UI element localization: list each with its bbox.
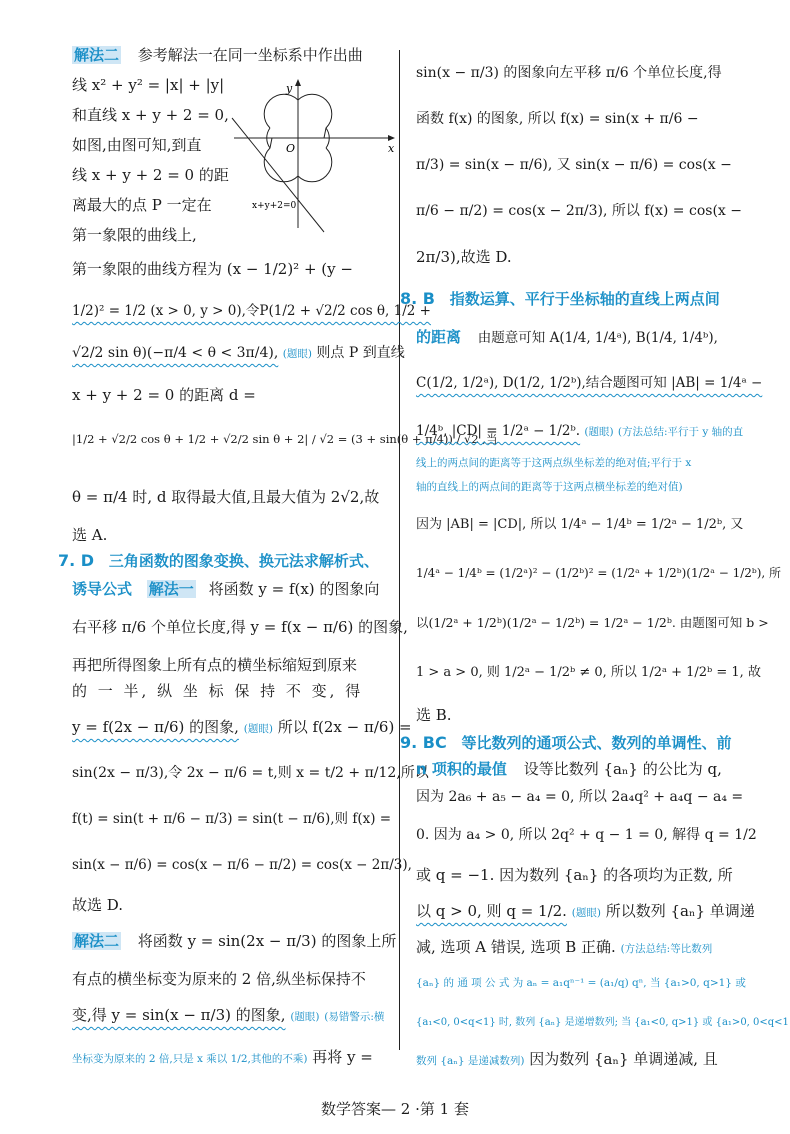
text-line: sin(x − π/6) = cos(x − π/6 − π/2) = cos(… [72,854,412,876]
text-line: 的 一 半, 纵 坐 标 保 持 不 变, 得 [72,680,363,702]
text-line: 线 x² + y² = |x| + |y| [72,74,224,96]
method-note: 线上的两点间的距离等于这两点纵坐标差的绝对值;平行于 x [416,452,691,474]
text-line: 右平移 π/6 个单位长度,得 y = f(x − π/6) 的图象, [72,616,408,638]
text-line: 1/4ᵇ, |CD| = 1/2ᵃ − 1/2ᵇ. (题眼) (方法总结:平行于… [416,420,743,443]
question-9-header: 9. BC 等比数列的通项公式、数列的单调性、前 [400,732,732,754]
text-line: 选 B. [416,704,452,726]
text-line: 0. 因为 a₄ > 0, 所以 2q² + q − 1 = 0, 解得 q =… [416,824,757,846]
text-line: √2/2 sin θ)(−π/4 < θ < 3π/4), (题眼) 则点 P … [72,342,405,365]
text-line: 以 q > 0, 则 q = 1/2. (题眼) 所以数列 {aₙ} 单调递 [416,900,755,924]
text-line: 减, 选项 A 错误, 选项 B 正确. (方法总结:等比数列 [416,936,712,960]
text-line: 如图,由图可知,到直 [72,134,202,156]
text-line: sin(2x − π/3),令 2x − π/6 = t,则 x = t/2 +… [72,762,429,784]
text-line: 2π/3),故选 D. [416,246,512,268]
text-line: 因为 2a₆ + a₅ − a₄ = 0, 所以 2a₄q² + a₄q − a… [416,786,743,808]
text-line: sin(x − π/3) 的图象向左平移 π/6 个单位长度,得 [416,62,722,84]
curve-figure: y x O x+y+2=0 [228,78,398,238]
x-axis-label: x [388,142,395,155]
text-line: θ = π/4 时, d 取得最大值,且最大值为 2√2,故 [72,486,379,508]
method-note: {aₙ} 的 通 项 公 式 为 aₙ = a₁qⁿ⁻¹ = (a₁/q) qⁿ… [416,972,746,994]
text-line: π/3) = sin(x − π/6), 又 sin(x − π/6) = co… [416,154,732,176]
text-line: y = f(2x − π/6) 的图象, (题眼) 所以 f(2x − π/6)… [72,716,412,740]
text-line: 选 A. [72,524,107,546]
text-line: 故选 D. [72,894,123,916]
text-line: 以(1/2ᵃ + 1/2ᵇ)(1/2ᵃ − 1/2ᵇ) = 1/2ᵃ − 1/2… [416,612,769,634]
text-line: 或 q = −1. 因为数列 {aₙ} 的各项均为正数, 所 [416,864,733,886]
text-line: 坐标变为原来的 2 倍,只是 x 乘以 1/2,其他的不乘) 再将 y = [72,1046,373,1070]
text-line: 变,得 y = sin(x − π/3) 的图象, (题眼) (易错警示:横 [72,1004,384,1028]
origin-label: O [286,142,295,155]
text-line: 1/2)² = 1/2 (x > 0, y > 0),令P(1/2 + √2/2… [72,300,431,322]
text-line: 和直线 x + y + 2 = 0, [72,104,229,126]
column-divider [399,50,400,1050]
text-line: 数列 {aₙ} 是递减数列) 因为数列 {aₙ} 单调递减, 且 [416,1048,718,1072]
text-line: 因为 |AB| = |CD|, 所以 1/4ᵃ − 1/4ᵇ = 1/2ᵃ − … [416,514,743,536]
question-7-header: 7. D 三角函数的图象变换、换元法求解析式、 [58,550,379,572]
question-8-sub: 的距离 由题意可知 A(1/4, 1/4ᵃ), B(1/4, 1/4ᵇ), [416,326,718,349]
text-line: C(1/2, 1/2ᵃ), D(1/2, 1/2ᵇ),结合题图可知 |AB| =… [416,372,762,394]
text-line: 函数 f(x) 的图象, 所以 f(x) = sin(x + π/6 − [416,108,699,130]
text-line: 离最大的点 P 一定在 [72,194,212,216]
text-line: 线 x + y + 2 = 0 的距 [72,164,229,186]
text-line: 有点的横坐标变为原来的 2 倍,纵坐标保持不 [72,968,366,990]
tiyan-tag: (题眼) [283,348,312,360]
question-7-sub: 诱导公式 解法一 将函数 y = f(x) 的图象向 [72,578,379,600]
method-note: 轴的直线上的两点间的距离等于这两点横坐标差的绝对值) [416,476,683,498]
page-footer: 数学答案— 2 ·第 1 套 [0,1098,790,1119]
question-8-header: 8. B 指数运算、平行于坐标轴的直线上两点间 [400,288,720,310]
method-tag: 解法二 [72,46,121,64]
text-line: 第一象限的曲线上, [72,224,197,246]
text-line: 第一象限的曲线方程为 (x − 1/2)² + (y − [72,258,353,280]
line-equation-label: x+y+2=0 [252,201,297,211]
sol2-line: 解法二 将函数 y = sin(2x − π/3) 的图象上所 [72,930,396,952]
method-note: {a₁<0, 0<q<1} 时, 数列 {aₙ} 是递增数列; 当 {a₁<0,… [416,1012,790,1034]
text-line: 再把所得图象上所有点的横坐标缩短到原来 [72,654,357,676]
method-tag: 解法二 [72,932,121,950]
text-line: 1/4ᵃ − 1/4ᵇ = (1/2ᵃ)² − (1/2ᵇ)² = (1/2ᵃ … [416,562,781,584]
text-line: x + y + 2 = 0 的距离 d = [72,384,256,406]
sol2-intro-line: 解法二 参考解法一在同一坐标系中作出曲 [72,44,363,66]
text-line: π/6 − π/2) = cos(x − 2π/3), 所以 f(x) = co… [416,200,742,222]
question-9-sub: n 项积的最值 设等比数列 {aₙ} 的公比为 q, [416,758,722,780]
text-line: 1 > a > 0, 则 1/2ᵃ − 1/2ᵇ ≠ 0, 所以 1/2ᵃ + … [416,662,761,684]
y-axis-label: y [285,82,293,95]
text-line: f(t) = sin(t + π/6 − π/3) = sin(t − π/6)… [72,808,391,830]
